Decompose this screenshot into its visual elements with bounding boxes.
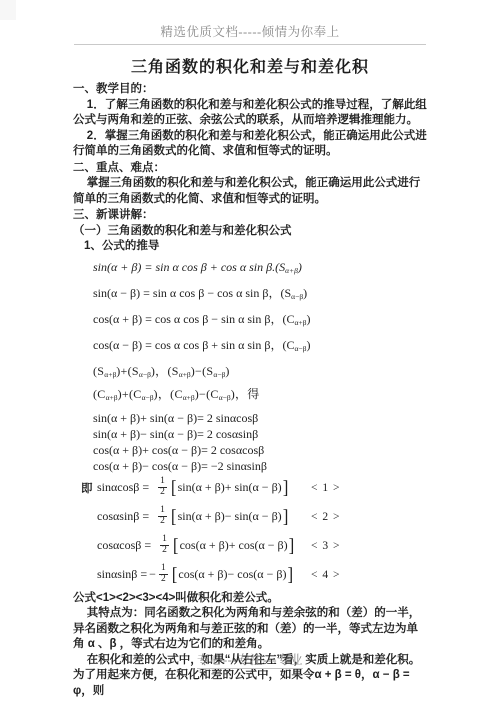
section-heading-key-points: 二、重点、难点： <box>73 161 427 177</box>
fraction-one-half: 1 2 <box>158 506 167 527</box>
formula-naming-note: 公式<1><2><3><4>叫做积化和差公式。 <box>73 591 427 607</box>
formula-cos-diff: cos(α − β) = cos α cos β + sin α sin β，(… <box>93 338 427 352</box>
document-page: 精选优质文档-----倾情为你奉上 三角函数的积化和差与和差化积 一、教学目的：… <box>0 0 500 708</box>
formula-cos-sum: cos(α + β) = cos α cos β − sin α sin β，(… <box>93 312 427 326</box>
fraction-one-half: 1 2 <box>160 535 169 556</box>
formula-block: sin(α + β) = sin α cos β + cos α sin β.(… <box>73 260 427 589</box>
product-to-sum-formula-1: 即 sinαcosβ = 1 2 [ sin(α + β)+ sin(α − β… <box>81 474 427 502</box>
goal-item-1: 1．了解三角函数的积化和差与和差化积公式的推导过程，了解此组公式与两角和差的正弦… <box>73 98 427 129</box>
formula-lhs: sinαsinβ = <box>97 567 147 582</box>
formula-lhs: cosαsinβ = <box>97 509 149 524</box>
open-bracket: [ <box>172 563 178 585</box>
document-footer: 专心---专注---专业 <box>0 650 500 669</box>
goal-item-2: 2．掌握三角函数的积化和差与和差化积公式，能正确运用此公式进行简单的三角函数式的… <box>73 129 427 160</box>
key-points-text: 掌握三角函数的积化和差与和差化积公式，能正确运用此公式进行简单的三角函数式的化简… <box>73 176 427 207</box>
formula-lhs: sinαcosβ = <box>97 480 149 495</box>
close-bracket: ] <box>287 563 293 585</box>
formula-number-label: < 3 > <box>311 540 340 552</box>
header-divider-line <box>74 44 426 45</box>
fraction-one-half: 1 2 <box>158 477 167 498</box>
document-header: 精选优质文档-----倾情为你奉上 <box>0 0 500 45</box>
formula-body: sin(α + β)− sin(α − β) <box>178 509 282 524</box>
close-bracket: ] <box>283 505 289 527</box>
document-body: 一、教学目的： 1．了解三角函数的积化和差与和差化积公式的推导过程，了解此组公式… <box>73 82 427 699</box>
formula-combination-sines: (Sα+β)+(Sα−β)，(Sα+β)−(Sα−β) <box>93 364 427 378</box>
formula-sin-diff: sin(α − β) = sin α cos β − cos α sin β，(… <box>93 286 427 300</box>
open-bracket: [ <box>173 534 179 556</box>
formula-number-label: < 4 > <box>311 569 340 581</box>
formula-body: cos(α + β)− cos(α − β) <box>178 567 286 582</box>
formula-prefix: 即 <box>81 480 97 496</box>
section-heading-goals: 一、教学目的： <box>73 82 427 98</box>
features-paragraph: 其特点为：同名函数之积化为两角和与差余弦的和（差）的一半，异名函数之积化为两角和… <box>73 606 427 653</box>
lesson-subsection-title: （一）三角函数的积化和差与和差化积公式 <box>73 224 427 240</box>
header-watermark-text: 精选优质文档-----倾情为你奉上 <box>0 22 500 40</box>
section-heading-lesson: 三、新课讲解： <box>73 208 427 224</box>
page-title: 三角函数的积化和差与和差化积 <box>0 54 500 77</box>
fraction-one-half: 1 2 <box>159 564 168 585</box>
formula-derivation-title: 1、公式的推导 <box>73 239 427 255</box>
formula-body: cos(α + β)+ cos(α − β) <box>180 538 288 553</box>
open-bracket: [ <box>171 505 177 527</box>
formula-lhs: cosαcosβ = <box>97 538 151 553</box>
open-bracket: [ <box>171 476 177 498</box>
close-bracket: ] <box>283 476 289 498</box>
product-to-sum-formula-4: sinαsinβ = − 1 2 [ cos(α + β)− cos(α − β… <box>81 561 427 589</box>
formula-sin-sum: sin(α + β) = sin α cos β + cos α sin β.(… <box>93 260 427 274</box>
equation-sum-3: cos(α + β)+ cos(α − β)= 2 cosαcosβ <box>93 442 427 458</box>
equation-sum-2: sin(α + β)− sin(α − β)= 2 cosαsinβ <box>93 426 427 442</box>
product-to-sum-formula-2: cosαsinβ = 1 2 [ sin(α + β)− sin(α − β) … <box>81 503 427 531</box>
equation-sum-4: cos(α + β)− cos(α − β)= −2 sinαsinβ <box>93 458 427 474</box>
footer-watermark-text: 专心---专注---专业 <box>197 653 303 669</box>
scan-artifact <box>0 0 16 20</box>
product-to-sum-formula-3: cosαcosβ = 1 2 [ cos(α + β)+ cos(α − β) … <box>81 532 427 560</box>
close-bracket: ] <box>289 534 295 556</box>
formula-number-label: < 1 > <box>311 482 340 494</box>
equation-sum-1: sin(α + β)+ sin(α − β)= 2 sinαcosβ <box>93 410 427 426</box>
formula-number-label: < 2 > <box>311 511 340 523</box>
formula-combination-cosines: (Cα+β)+(Cα−β)，(Cα+β)−(Cα−β)，得 <box>93 387 427 401</box>
negative-sign: − <box>149 567 156 582</box>
formula-body: sin(α + β)+ sin(α − β) <box>178 480 282 495</box>
